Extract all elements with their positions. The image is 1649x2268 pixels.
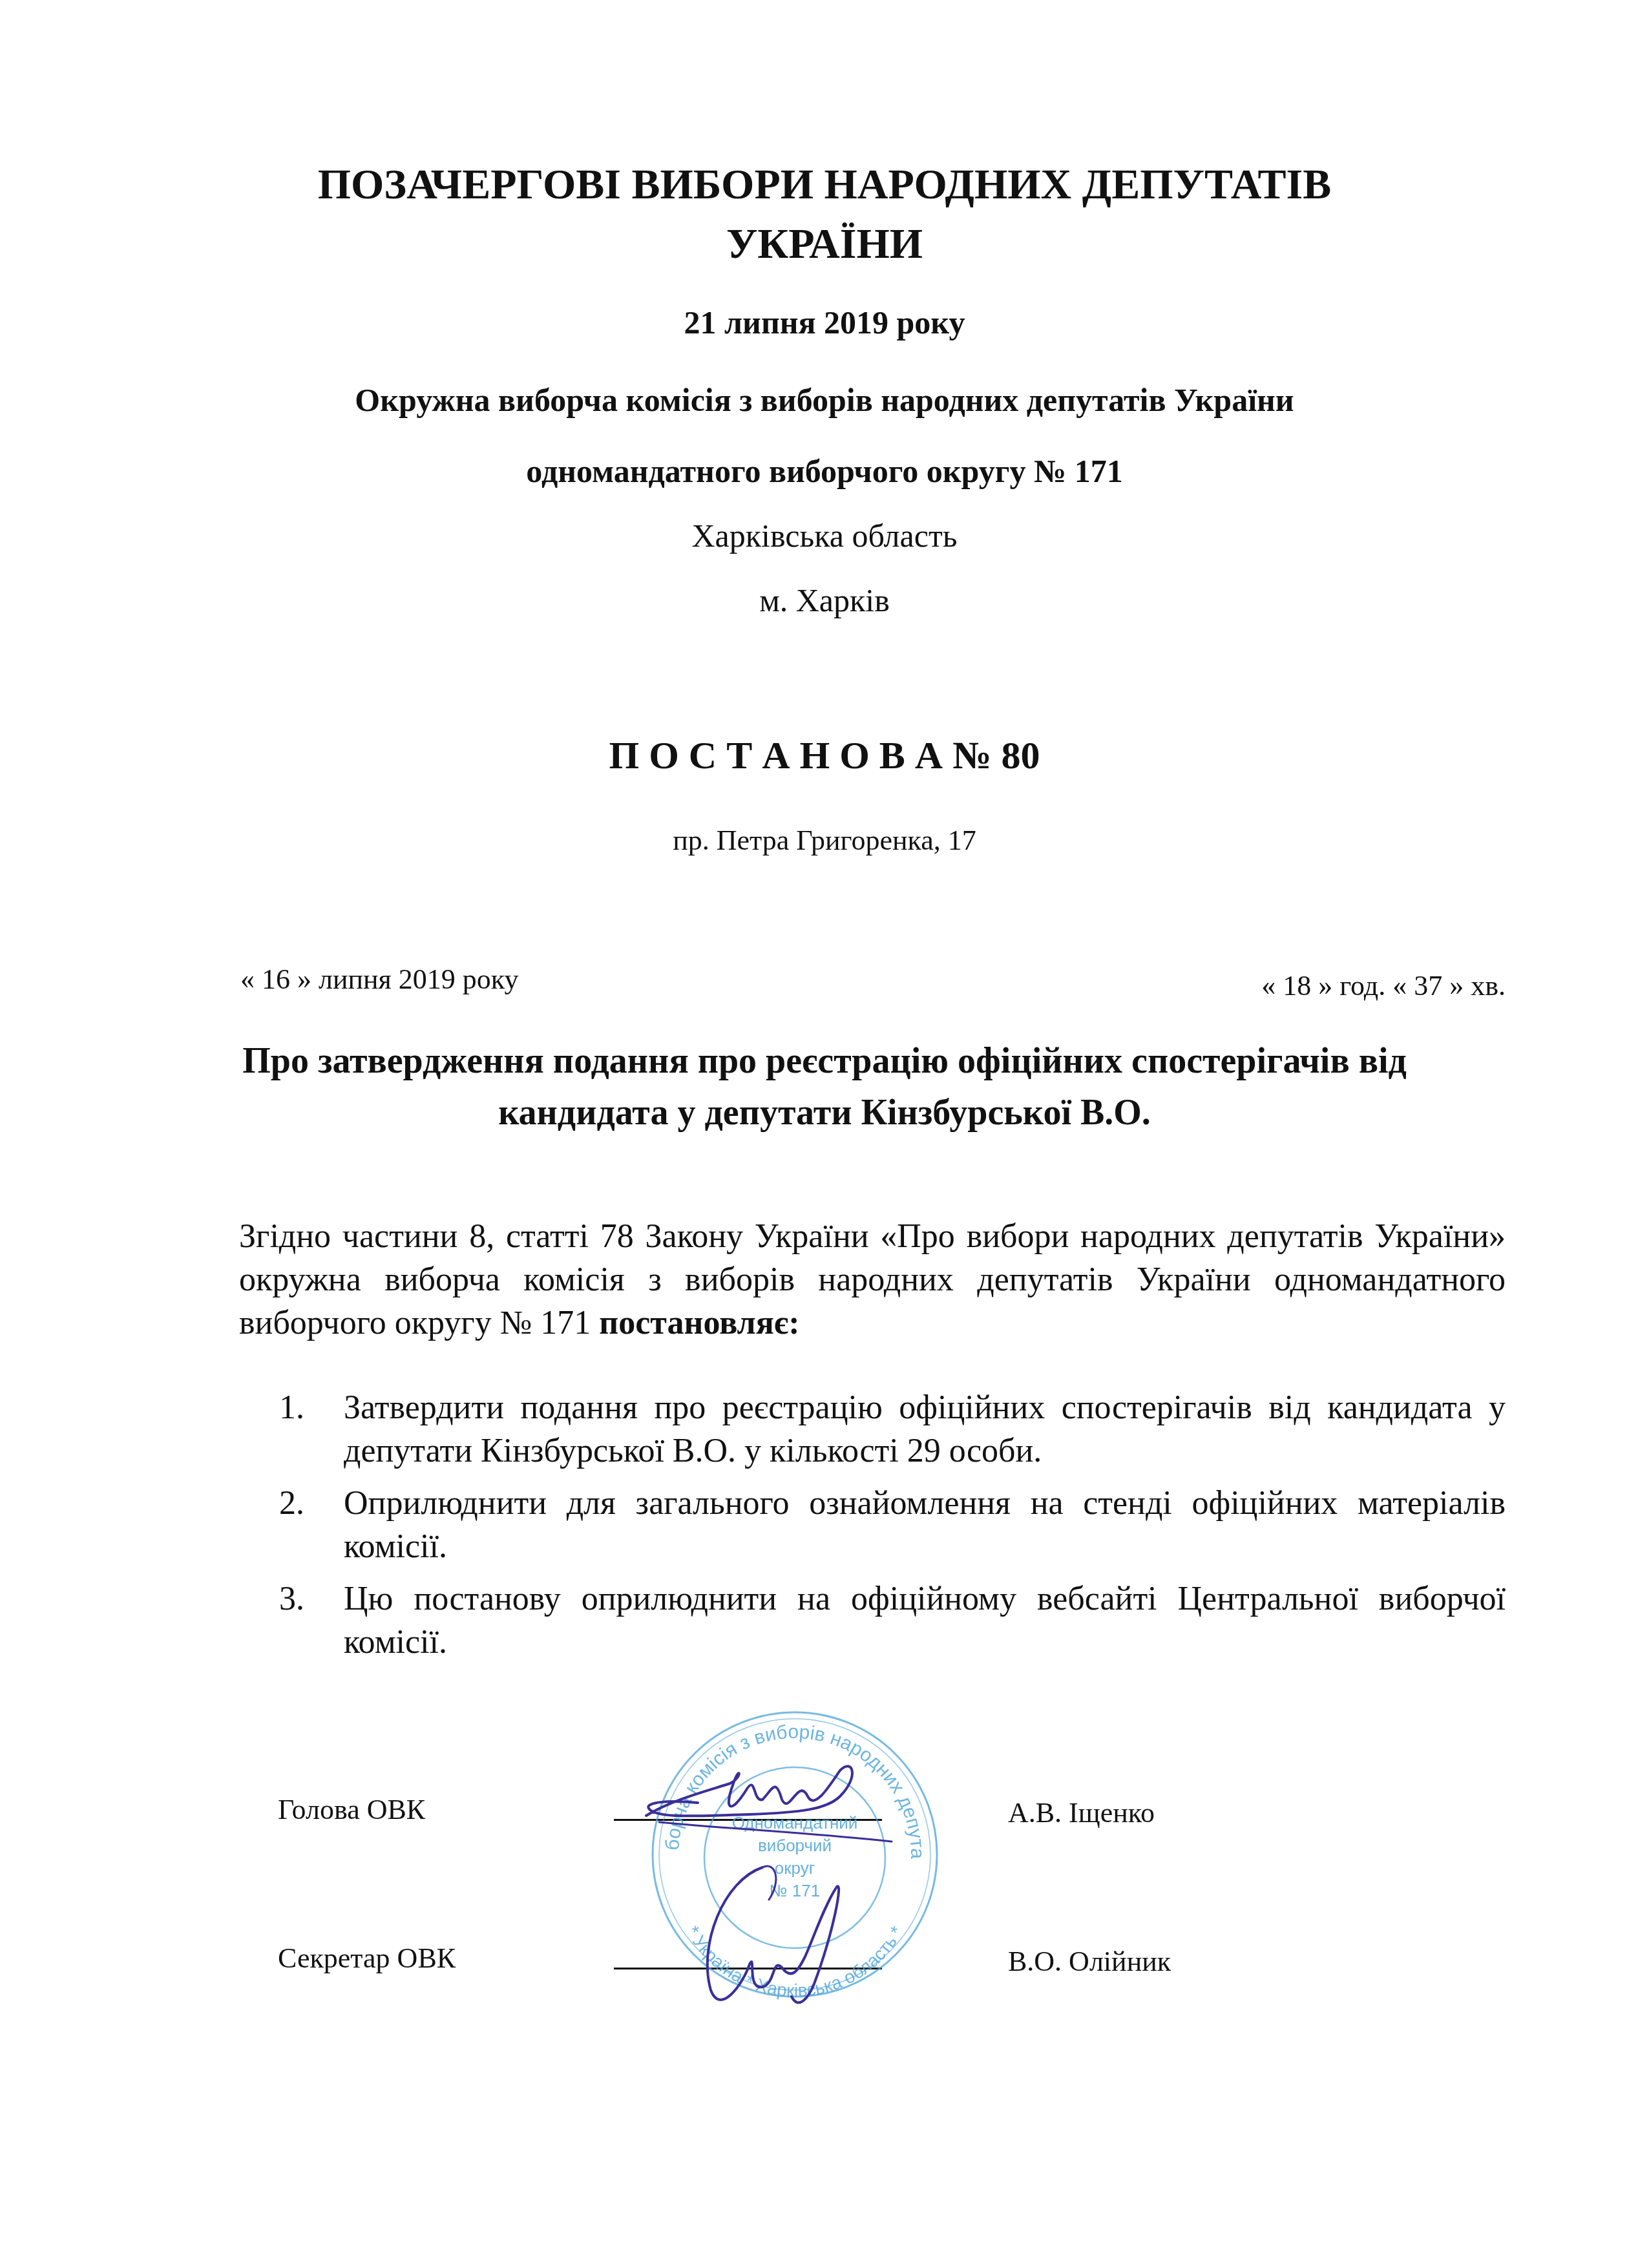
item-number: 3. (271, 1577, 344, 1664)
item-number: 1. (271, 1386, 344, 1473)
decision-item: 2. Оприлюднити для загального ознайомлен… (271, 1482, 1506, 1568)
region: Харківська область (0, 517, 1649, 554)
secretary-signature-icon (685, 1854, 879, 2022)
chair-signature-icon (620, 1738, 918, 1854)
city: м. Харків (0, 582, 1649, 619)
item-number: 2. (271, 1482, 344, 1568)
resolution-subject-line1: Про затвердження подання про реєстрацію … (0, 1040, 1649, 1082)
signature-role-secretary: Секретар ОВК (278, 1942, 456, 1975)
resolution-address: пр. Петра Григоренка, 17 (0, 824, 1649, 857)
signature-role-chair: Голова ОВК (278, 1793, 425, 1826)
item-text: Затвердити подання про реєстрацію офіцій… (344, 1386, 1506, 1473)
resolution-time: « 18 » год. « 37 » хв. (1202, 969, 1506, 1002)
resolution-subject-line2: кандидата у депутати Кінзбурської В.О. (0, 1092, 1649, 1133)
resolution-title: П О С Т А Н О В А № 80 (0, 733, 1649, 778)
item-text: Оприлюднити для загального ознайомлення … (344, 1482, 1506, 1568)
commission-name-line2: одномандатного виборчого округу № 171 (0, 452, 1649, 490)
election-title-line1: ПОЗАЧЕРГОВІ ВИБОРИ НАРОДНИХ ДЕПУТАТІВ (0, 160, 1649, 209)
election-title-line2: УКРАЇНИ (0, 220, 1649, 269)
preamble: Згідно частини 8, статті 78 Закону Украї… (239, 1215, 1506, 1345)
preamble-text: Згідно частини 8, статті 78 Закону Украї… (239, 1218, 1506, 1341)
preamble-decision: постановляє: (599, 1305, 799, 1341)
signature-name-chair: А.В. Іщенко (1008, 1796, 1155, 1829)
commission-name-line1: Окружна виборча комісія з виборів народн… (0, 381, 1649, 419)
item-text: Цю постанову оприлюднити на офіційному в… (344, 1577, 1506, 1664)
decision-item: 1. Затвердити подання про реєстрацію офі… (271, 1386, 1506, 1473)
decision-item: 3. Цю постанову оприлюднити на офіційном… (271, 1577, 1506, 1664)
signature-name-secretary: В.О. Олійник (1008, 1945, 1171, 1978)
election-date: 21 липня 2019 року (0, 304, 1649, 341)
resolution-date: « 16 » липня 2019 року (240, 963, 519, 996)
decision-list: 1. Затвердити подання про реєстрацію офі… (271, 1386, 1506, 1673)
